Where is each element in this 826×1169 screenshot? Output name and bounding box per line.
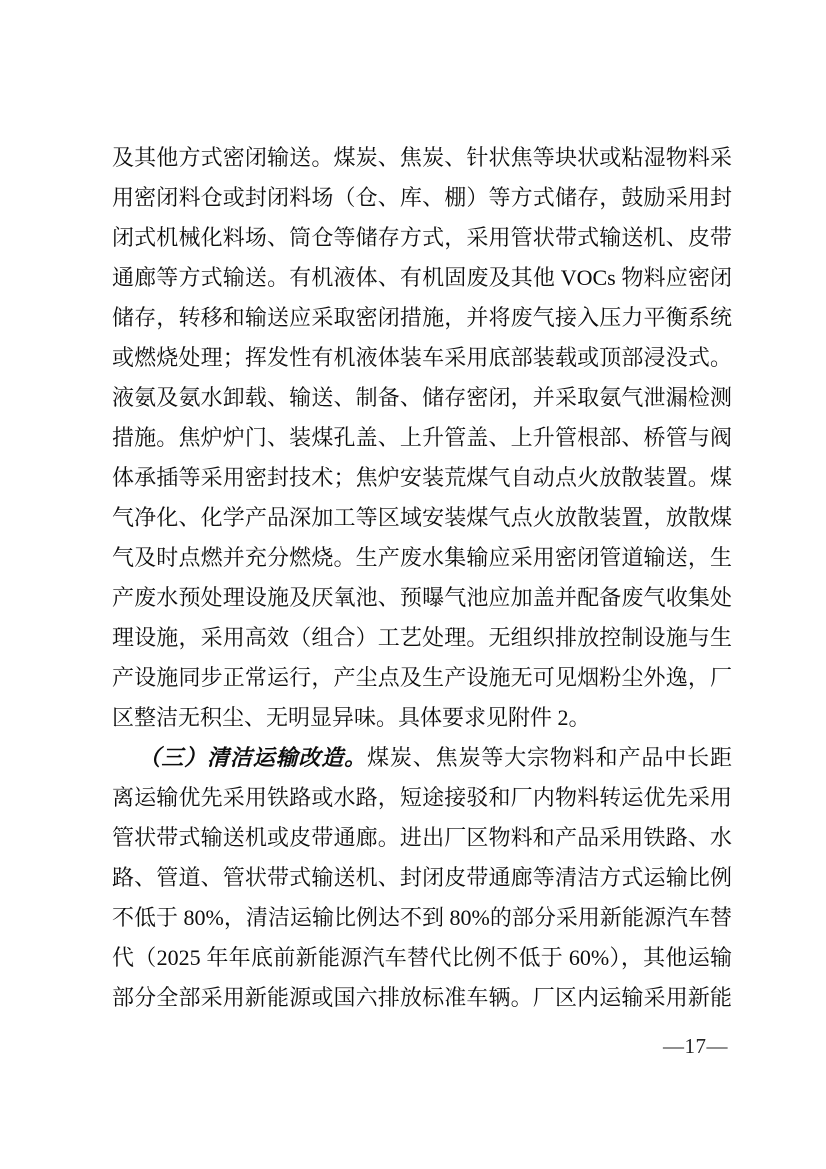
body-text: 及其他方式密闭输送。煤炭、焦炭、针状焦等块状或粘湿物料采: [112, 145, 732, 170]
body-text: 闭式机械化料场、筒仓等储存方式，采用管状带式输送机、皮带: [112, 225, 732, 250]
document-body: 及其他方式密闭输送。煤炭、焦炭、针状焦等块状或粘湿物料采用密闭料仓或封闭料场（仓…: [112, 138, 732, 1018]
subsection-heading: （三）清洁运输改造。: [138, 745, 367, 770]
text-line: 产设施同步正常运行，产尘点及生产设施无可见烟粉尘外逸，厂: [112, 658, 732, 698]
text-line: 理设施，采用高效（组合）工艺处理。无组织排放控制设施与生: [112, 618, 732, 658]
text-line: 液氨及氨水卸载、输送、制备、储存密闭，并采取氨气泄漏检测: [112, 378, 732, 418]
body-text: 储存，转移和输送应采取密闭措施，并将废气接入压力平衡系统: [112, 305, 732, 330]
body-text: 代（2025 年年底前新能源汽车替代比例不低于 60%），其他运输: [112, 945, 732, 970]
text-line: 储存，转移和输送应采取密闭措施，并将废气接入压力平衡系统: [112, 298, 732, 338]
page-number: —17—: [663, 1031, 728, 1061]
body-text: 煤炭、焦炭等大宗物料和产品中长距: [367, 745, 732, 770]
body-text: 管状带式输送机或皮带通廊。进出厂区物料和产品采用铁路、水: [112, 825, 732, 850]
text-line: （三）清洁运输改造。煤炭、焦炭等大宗物料和产品中长距: [112, 738, 732, 778]
body-text: 部分全部采用新能源或国六排放标准车辆。厂区内运输采用新能: [112, 985, 732, 1010]
text-line: 管状带式输送机或皮带通廊。进出厂区物料和产品采用铁路、水: [112, 818, 732, 858]
body-text: 不低于 80%，清洁运输比例达不到 80%的部分采用新能源汽车替: [112, 905, 732, 930]
text-line: 用密闭料仓或封闭料场（仓、库、棚）等方式储存，鼓励采用封: [112, 178, 732, 218]
body-text: 离运输优先采用铁路或水路，短途接驳和厂内物料转运优先采用: [112, 785, 732, 810]
document-page: 及其他方式密闭输送。煤炭、焦炭、针状焦等块状或粘湿物料采用密闭料仓或封闭料场（仓…: [0, 0, 826, 1169]
text-line: 代（2025 年年底前新能源汽车替代比例不低于 60%），其他运输: [112, 938, 732, 978]
text-line: 部分全部采用新能源或国六排放标准车辆。厂区内运输采用新能: [112, 978, 732, 1018]
text-line: 气及时点燃并充分燃烧。生产废水集输应采用密闭管道输送，生: [112, 538, 732, 578]
body-text: 液氨及氨水卸载、输送、制备、储存密闭，并采取氨气泄漏检测: [112, 385, 732, 410]
body-text: 体承插等采用密封技术；焦炉安装荒煤气自动点火放散装置。煤: [112, 465, 732, 490]
text-line: 区整洁无积尘、无明显异味。具体要求见附件 2。: [112, 698, 732, 738]
text-line: 或燃烧处理；挥发性有机液体装车采用底部装载或顶部浸没式。: [112, 338, 732, 378]
body-text: 产废水预处理设施及厌氧池、预曝气池应加盖并配备废气收集处: [112, 585, 732, 610]
body-text: 气及时点燃并充分燃烧。生产废水集输应采用密闭管道输送，生: [112, 545, 732, 570]
body-text: 或燃烧处理；挥发性有机液体装车采用底部装载或顶部浸没式。: [112, 345, 732, 370]
text-line: 通廊等方式输送。有机液体、有机固废及其他 VOCs 物料应密闭: [112, 258, 732, 298]
text-line: 不低于 80%，清洁运输比例达不到 80%的部分采用新能源汽车替: [112, 898, 732, 938]
text-line: 闭式机械化料场、筒仓等储存方式，采用管状带式输送机、皮带: [112, 218, 732, 258]
body-text: 措施。焦炉炉门、装煤孔盖、上升管盖、上升管根部、桥管与阀: [112, 425, 732, 450]
text-line: 气净化、化学产品深加工等区域安装煤气点火放散装置，放散煤: [112, 498, 732, 538]
body-text: 理设施，采用高效（组合）工艺处理。无组织排放控制设施与生: [112, 625, 732, 650]
body-text: 区整洁无积尘、无明显异味。具体要求见附件 2。: [112, 705, 591, 730]
text-line: 及其他方式密闭输送。煤炭、焦炭、针状焦等块状或粘湿物料采: [112, 138, 732, 178]
text-line: 体承插等采用密封技术；焦炉安装荒煤气自动点火放散装置。煤: [112, 458, 732, 498]
body-text: 通廊等方式输送。有机液体、有机固废及其他 VOCs 物料应密闭: [112, 265, 732, 290]
body-text: 用密闭料仓或封闭料场（仓、库、棚）等方式储存，鼓励采用封: [112, 185, 732, 210]
body-text: 气净化、化学产品深加工等区域安装煤气点火放散装置，放散煤: [112, 505, 732, 530]
text-line: 措施。焦炉炉门、装煤孔盖、上升管盖、上升管根部、桥管与阀: [112, 418, 732, 458]
text-line: 路、管道、管状带式输送机、封闭皮带通廊等清洁方式运输比例: [112, 858, 732, 898]
text-line: 产废水预处理设施及厌氧池、预曝气池应加盖并配备废气收集处: [112, 578, 732, 618]
text-line: 离运输优先采用铁路或水路，短途接驳和厂内物料转运优先采用: [112, 778, 732, 818]
body-text: 产设施同步正常运行，产尘点及生产设施无可见烟粉尘外逸，厂: [112, 665, 732, 690]
body-text: 路、管道、管状带式输送机、封闭皮带通廊等清洁方式运输比例: [112, 865, 732, 890]
